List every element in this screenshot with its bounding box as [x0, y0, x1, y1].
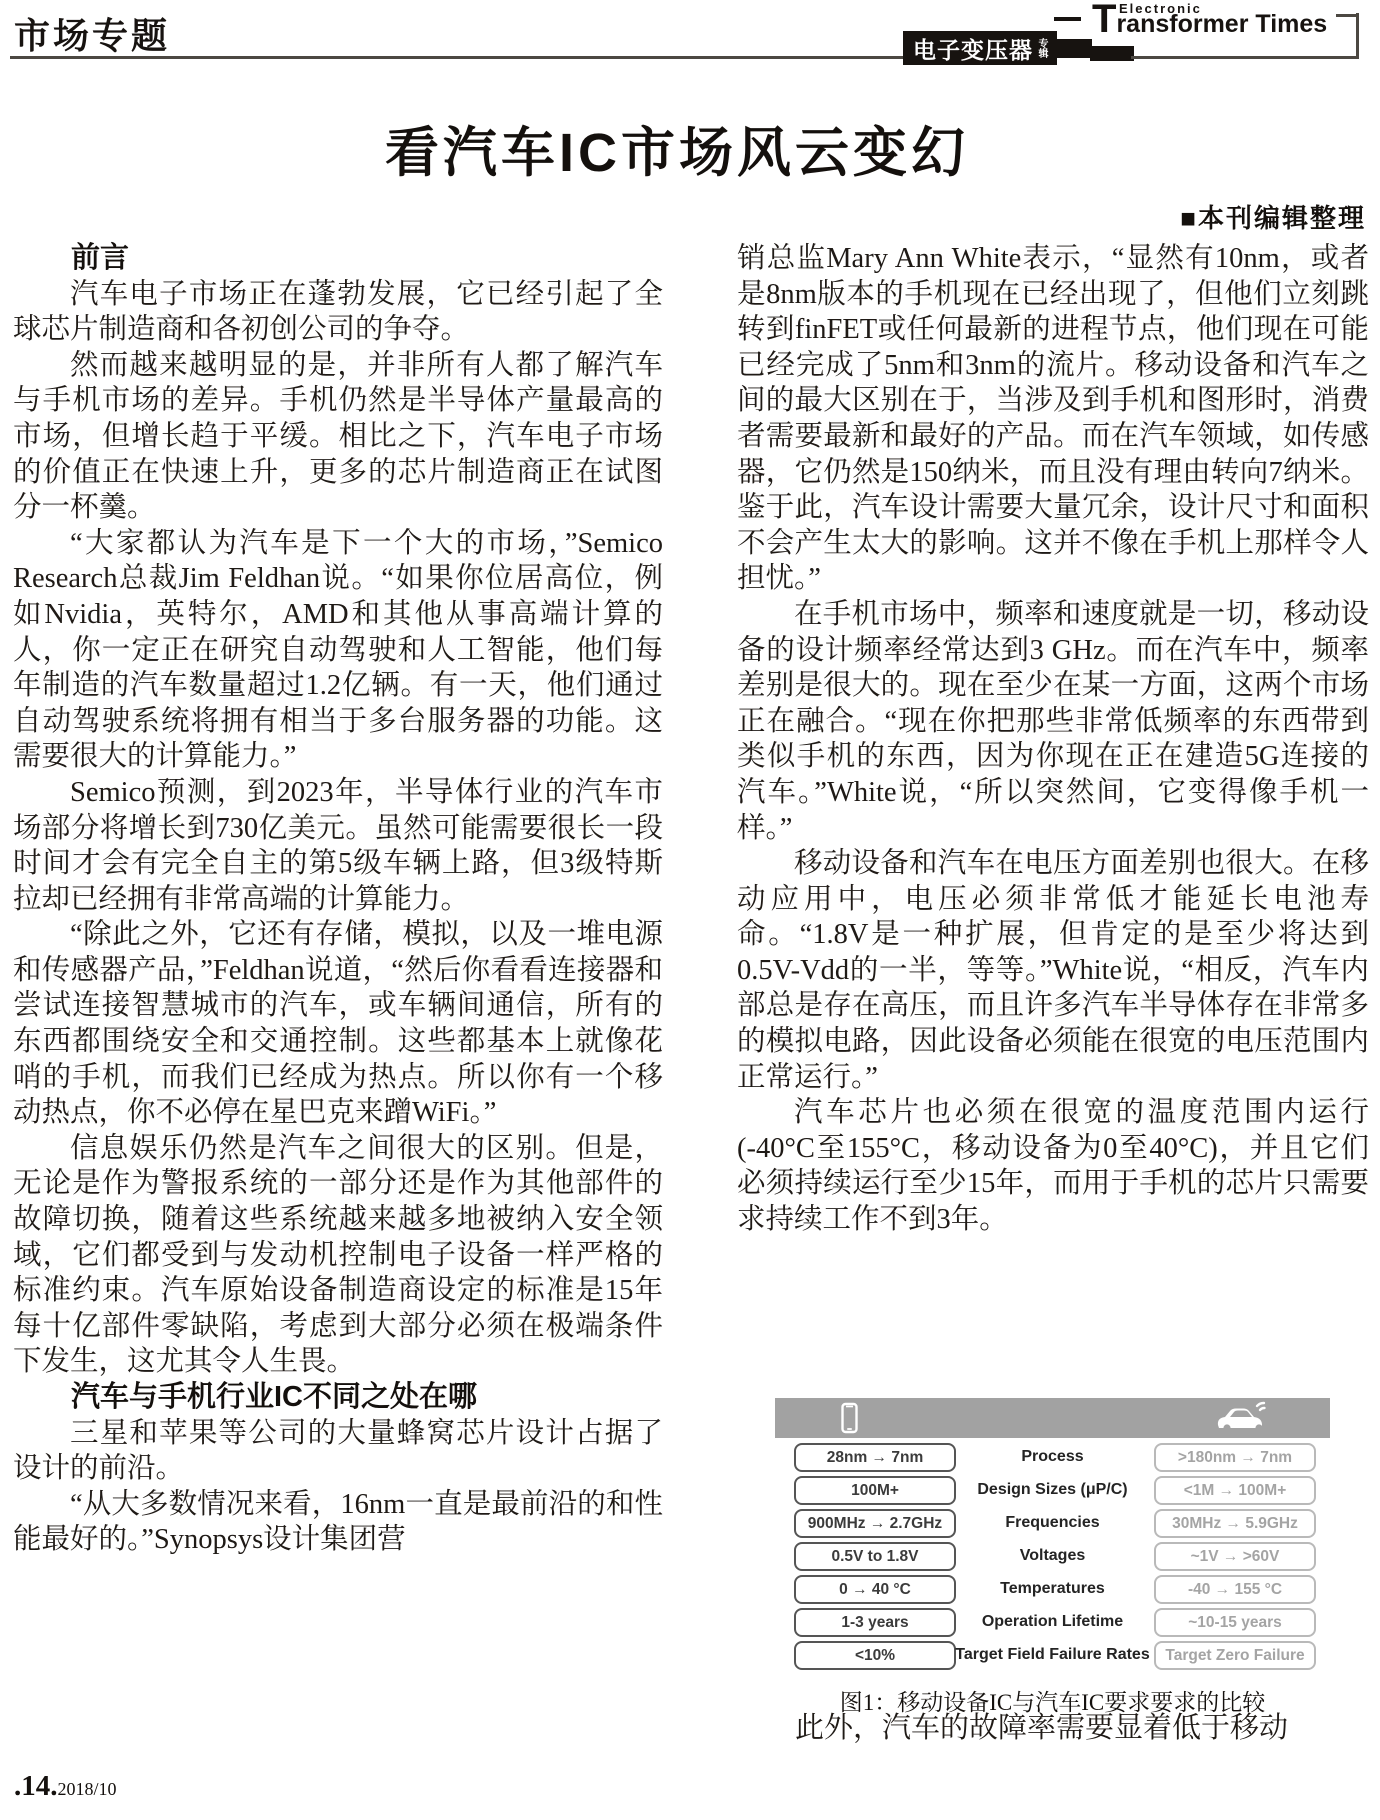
automotive-value: -40 → 155 °C	[1154, 1575, 1316, 1604]
publication-logo: 电子变压器 专辑	[903, 31, 1057, 65]
masthead-title: Transformer Times	[1092, 2, 1342, 41]
paragraph: 在手机市场中，频率和速度就是一切，移动设备的设计频率经常达到3 GHz。而在汽车…	[737, 597, 1369, 846]
mobile-value: 0.5V to 1.8V	[794, 1542, 956, 1571]
paragraph: “除此之外，它还有存储，模拟，以及一堆电源和传感器产品，”Feldhan说道，“…	[13, 917, 663, 1131]
automotive-value: <1M → 100M+	[1154, 1476, 1316, 1505]
table-row: 0.5V to 1.8V Voltages ~1V → >60V	[775, 1542, 1330, 1569]
paragraph: 三星和苹果等公司的大量蜂窝芯片设计占据了设计的前沿。	[13, 1416, 663, 1487]
paragraph: 此外，汽车的故障率需要显着低于移动	[737, 1710, 1369, 1746]
byline: ■本刊编辑整理	[1180, 198, 1366, 235]
figure-header-bar	[775, 1398, 1330, 1438]
mobile-value: 28nm → 7nm	[794, 1443, 956, 1472]
connected-car-icon	[1215, 1399, 1271, 1433]
automotive-value: ~1V → >60V	[1154, 1542, 1316, 1571]
masthead-rest: ransformer Times	[1116, 10, 1327, 38]
section-label: 市场专题	[14, 16, 170, 56]
row-label: Temperatures	[960, 1575, 1145, 1602]
table-row: 900MHz → 2.7GHz Frequencies 30MHz → 5.9G…	[775, 1509, 1330, 1536]
intro-heading: 前言	[13, 241, 663, 277]
paragraph: 信息娱乐仍然是汽车之间很大的区别。但是，无论是作为警报系统的一部分还是作为其他部…	[13, 1131, 663, 1380]
left-column: 前言 汽车电子市场正在蓬勃发展，它已经引起了全球芯片制造商和各初创公司的争夺。 …	[13, 241, 663, 1558]
mobile-value: 900MHz → 2.7GHz	[794, 1509, 956, 1538]
paragraph: 销总监Mary Ann White表示，“显然有10nm，或者是8nm版本的手机…	[737, 241, 1369, 597]
paragraph: 汽车电子市场正在蓬勃发展，它已经引起了全球芯片制造商和各初创公司的争夺。	[13, 277, 663, 348]
page-footer: .14.2018/10	[14, 1770, 117, 1803]
masthead-initial: T	[1092, 0, 1116, 41]
issue-date: 2018/10	[58, 1779, 117, 1799]
header-rule-right	[1131, 56, 1358, 59]
automotive-value: ~10-15 years	[1154, 1608, 1316, 1637]
paragraph: 汽车芯片也必须在很宽的温度范围内运行(-40°C至155°C，移动设备为0至40…	[737, 1095, 1369, 1237]
logo-suffix: 专辑	[1036, 38, 1047, 58]
smartphone-icon	[841, 1403, 858, 1434]
page-number: .14.	[14, 1770, 58, 1802]
mobile-value: 100M+	[794, 1476, 956, 1505]
table-row: 100M+ Design Sizes (μP/C) <1M → 100M+	[775, 1476, 1330, 1503]
paragraph: 移动设备和汽车在电压方面差别也很大。在移动应用中，电压必须非常低才能延长电池寿命…	[737, 846, 1369, 1095]
logo-step-decoration	[1055, 39, 1092, 58]
row-label: Operation Lifetime	[960, 1608, 1145, 1635]
mobile-value: 0 → 40 °C	[794, 1575, 956, 1604]
automotive-value: >180nm → 7nm	[1154, 1443, 1316, 1472]
row-label: Target Field Failure Rates	[960, 1641, 1145, 1668]
automotive-value: 30MHz → 5.9GHz	[1154, 1509, 1316, 1538]
paragraph: “从大多数情况来看，16nm一直是最前沿的和性能最好的。”Synopsys设计集…	[13, 1487, 663, 1558]
table-row: 28nm → 7nm Process >180nm → 7nm	[775, 1443, 1330, 1470]
row-label: Voltages	[960, 1542, 1145, 1569]
table-row: 1-3 years Operation Lifetime ~10-15 year…	[775, 1608, 1330, 1635]
masthead-dash	[1054, 17, 1081, 21]
header-rule-left	[10, 56, 903, 59]
table-row: 0 → 40 °C Temperatures -40 → 155 °C	[775, 1575, 1330, 1602]
row-label: Design Sizes (μP/C)	[960, 1476, 1145, 1503]
table-row: <10% Target Field Failure Rates Target Z…	[775, 1641, 1330, 1668]
mobile-value: 1-3 years	[794, 1608, 956, 1637]
section-subheading: 汽车与手机行业IC不同之处在哪	[13, 1380, 663, 1416]
paragraph: “大家都认为汽车是下一个大的市场，”Semico Research总裁Jim F…	[13, 526, 663, 775]
magazine-page: 市场专题 电子变压器 专辑 Electronic Transformer Tim…	[0, 0, 1380, 1820]
after-figure-text: 此外，汽车的故障率需要显着低于移动	[737, 1710, 1369, 1746]
row-label: Process	[960, 1443, 1145, 1470]
header-rule-vertical	[1356, 13, 1359, 59]
logo-text: 电子变压器	[913, 32, 1033, 65]
automotive-value: Target Zero Failure	[1154, 1641, 1316, 1670]
article-title: 看汽车IC市场风云变幻	[0, 110, 1354, 187]
right-column: 销总监Mary Ann White表示，“显然有10nm，或者是8nm版本的手机…	[737, 241, 1369, 1238]
row-label: Frequencies	[960, 1509, 1145, 1536]
mobile-value: <10%	[794, 1641, 956, 1670]
paragraph: 然而越来越明显的是，并非所有人都了解汽车与手机市场的差异。手机仍然是半导体产量最…	[13, 348, 663, 526]
paragraph: Semico预测，到2023年，半导体行业的汽车市场部分将增长到730亿美元。虽…	[13, 775, 663, 917]
logo-step-decoration	[1090, 46, 1134, 61]
